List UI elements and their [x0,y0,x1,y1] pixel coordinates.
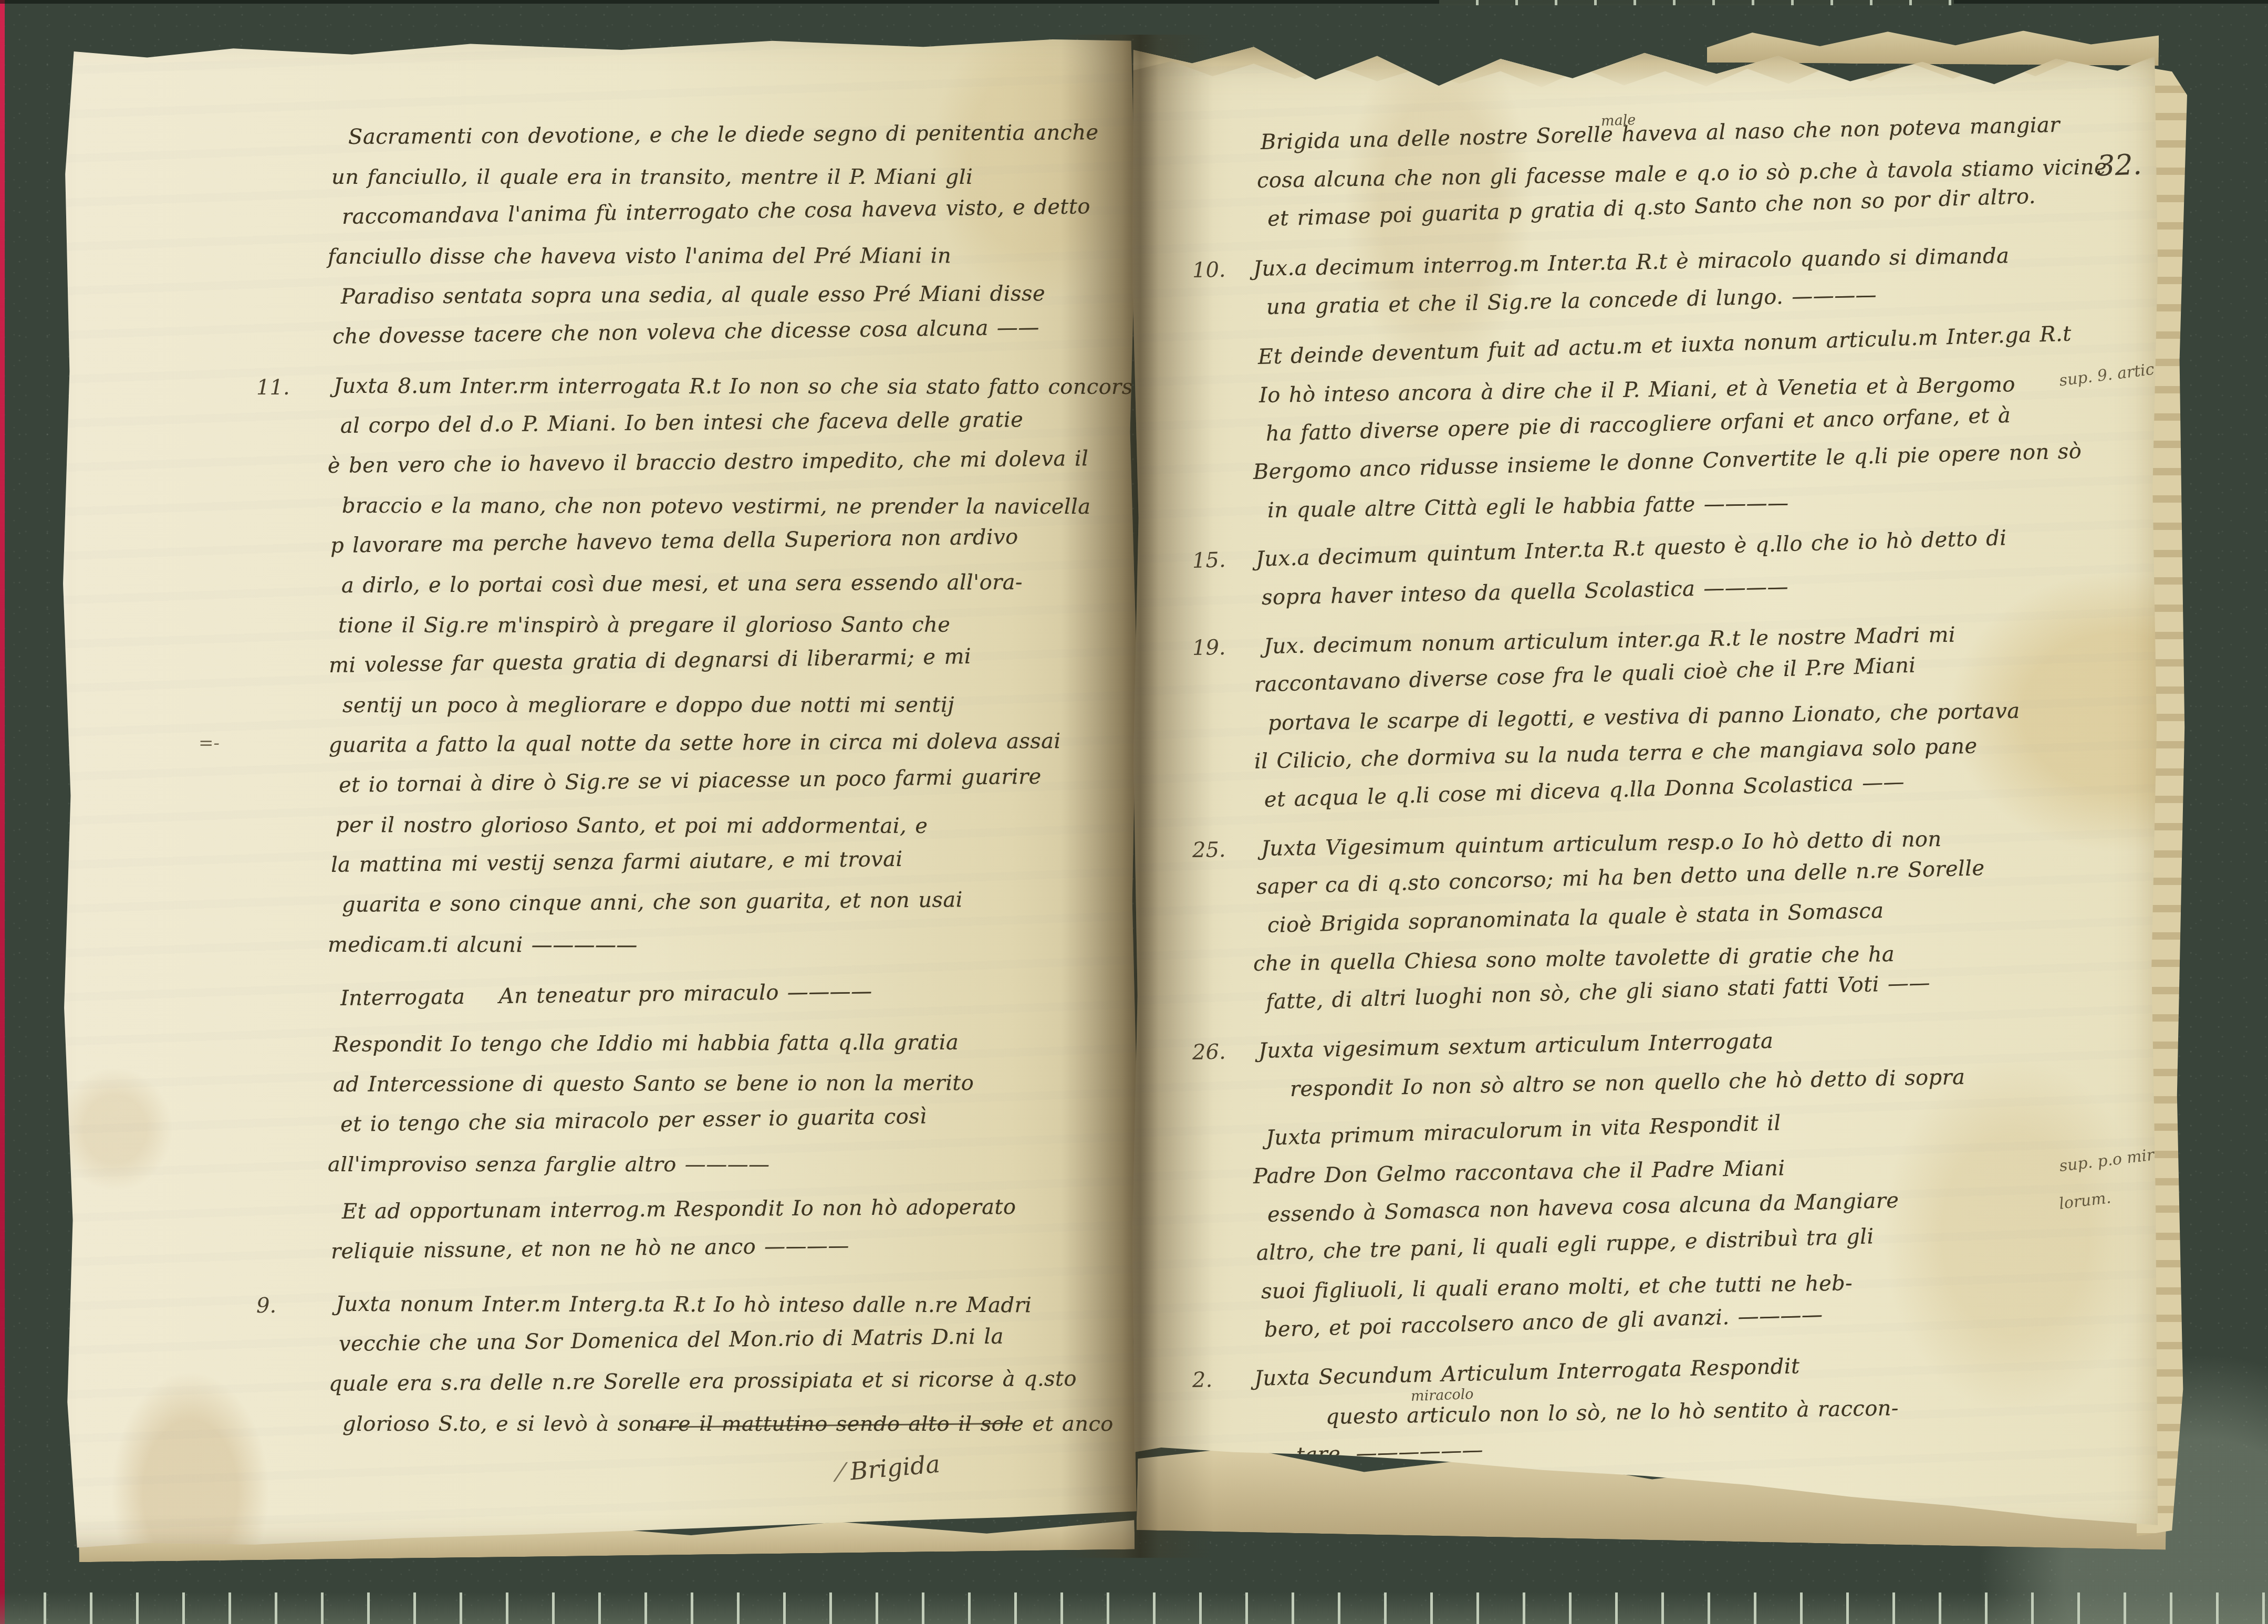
manuscript-line: Juxta nonum Inter.m Interg.ta R.t Io hò … [336,1293,1032,1316]
manuscript-line: raccomandava l'anima fù interrogato che … [341,195,1090,228]
manuscript-line: Respondit Io tengo che Iddio mi habbia f… [333,1032,959,1056]
manuscript-line: sopra haver inteso da quella Scolastica … [1262,576,1789,609]
paragraph-number: 2. [1192,1369,1213,1391]
margin-mark: =- [199,734,220,752]
manuscript-line: al corpo del d.o P. Miani. Io ben intesi… [340,409,1024,437]
manuscript-line: et rimase poi guarita p gratia di q.sto … [1267,185,2036,230]
manuscript-line: Bergomo anco ridusse insieme le donne Co… [1253,440,2082,483]
manuscript-line: glorioso S.to, e si levò à sonare il mat… [342,1413,1114,1435]
manuscript-line: mi volesse far questa gratia di degnarsi… [329,646,972,676]
manuscript-line: a dirlo, e lo portai così due mesi, et u… [341,571,1023,597]
manuscript-line: respondit Io non sò altro se non quello … [1290,1066,1965,1100]
paragraph-number: 19. [1192,637,1226,659]
manuscript-line: fanciullo disse che haveva visto l'anima… [328,245,951,268]
manuscript-line: p lavorare ma perche havevo tema della S… [330,526,1018,557]
manuscript-line: quale era s.ra delle n.re Sorelle era pr… [329,1368,1077,1395]
manuscript-line: altro, che tre pani, li quali egli ruppe… [1256,1225,1874,1264]
manuscript-line: Paradiso sentata sopra una sedia, al qua… [341,283,1045,308]
manuscript-line: ha fatto diverse opere pie di raccoglier… [1265,404,2011,445]
paragraph-number: 25. [1192,839,1226,861]
manuscript-line: Et ad opportunam interrog.m Respondit Io… [342,1196,1016,1223]
manuscript-line: bero, et poi raccolsero anco de gli avan… [1264,1304,1823,1341]
manuscript-line: Jux.a decimum interrog.m Inter.ta R.t è … [1253,245,2010,280]
manuscript-line: la mattina mi vestij senza farmi aiutare… [331,848,903,876]
manuscript-line: Jux. decimum nonum articulum inter.ga R.… [1263,624,1955,658]
manuscript-line: vecchie che una Sor Domenica del Mon.rio… [338,1326,1003,1355]
interlinear-insertion: miracolo [1410,1387,1473,1403]
manuscript-line: Interrogata An teneatur pro miraculo ———… [340,980,872,1009]
manuscript-line: fatte, di altri luoghi non sò, che gli s… [1266,972,1931,1013]
manuscript-line: in quale altre Città egli le habbia fatt… [1267,492,1789,522]
manuscript-line: il Cilicio, che dormiva su la nuda terra… [1254,735,1977,773]
manuscript-line: saper ca di q.sto concorso; mi ha ben de… [1256,857,1985,898]
manuscript-line: ad Intercessione di questo Santo se bene… [333,1072,974,1096]
manuscript-line: cioè Brigida sopranominata la quale è st… [1267,900,1884,936]
manuscript-line: et acqua le q.li cose mi diceva q.lla Do… [1264,771,1905,811]
manuscript-line: Juxta vigesimum sextum articulum Interro… [1258,1030,1774,1062]
manuscript-line: Juxta Vigesimum quintum articulum resp.o… [1261,828,1942,860]
manuscript-line: essendo à Somasca non haveva cosa alcuna… [1267,1190,1899,1226]
manuscript-line: per il nostro glorioso Santo, et poi mi … [336,814,928,837]
manuscript-line: et io tornai à dire ò Sig.re se vi piace… [338,766,1041,796]
manuscript-line: braccio e la mano, che non potevo vestir… [342,495,1091,518]
manuscript-line: Juxta 8.um Inter.rm interrogata R.t Io n… [334,375,1146,398]
manuscript-line: et io tengo che sia miracolo per esser i… [340,1106,927,1136]
manuscript-line: Io hò inteso ancora à dire che il P. Mia… [1259,373,2015,407]
manuscript-line: un fanciullo, il quale era in transito, … [331,166,973,188]
paragraph-number: 26. [1192,1042,1226,1063]
manuscript-line: Padre Don Gelmo raccontava che il Padre … [1253,1157,1785,1188]
manuscript-line: guarita e sono cinque anni, che son guar… [342,889,963,916]
right-page: 32. Brigida una delle nostre Sorelle hav… [1130,41,2159,1533]
manuscript-line: Sacramenti con devotione, e che le diede… [348,121,1099,148]
manuscript-line: suoi figliuoli, li quali erano molti, et… [1261,1272,1853,1303]
manuscript-line: guarita a fatto la qual notte da sette h… [329,730,1061,756]
manuscript-line: Jux.a decimum quintum Inter.ta R.t quest… [1255,527,2007,570]
manuscript-line: Et deinde deventum fuit ad actu.m et iux… [1258,323,2072,368]
ruler-scale-bottom [0,1592,2268,1624]
manuscript-line: Juxta primum miraculorum in vita Respond… [1266,1112,1782,1149]
paragraph-number: 9. [256,1295,276,1316]
margin-annotation: sup. 9. artic.o [2058,359,2170,390]
manuscript-line: portava le scarpe di legotti, e vestiva … [1268,700,2020,734]
paragraph-number: 11. [256,377,290,398]
paragraph-number: 10. [1192,259,1226,281]
manuscript-line: è ben vero che io havevo il braccio dest… [328,447,1089,477]
manuscript-line: raccontavano diverse cose fra le quali c… [1254,654,1917,696]
margin-annotation: lorum. [2058,1189,2112,1213]
manuscript-line: Brigida una delle nostre Sorelle haveva … [1261,114,2061,153]
paragraph-number: 15. [1192,549,1226,571]
ruler-scale-top [1439,0,1954,5]
manuscript-line: una gratia et che il Sig.re la concede d… [1266,284,1877,318]
red-edge-stripe [0,0,5,1624]
manuscript-scan: Sacramenti con devotione, e che le diede… [0,0,2268,1624]
manuscript-line: tione il Sig.re m'inspirò à pregare il g… [338,614,950,637]
witness-signature: Brigida [837,1452,941,1485]
manuscript-line: sentij un poco à megliorare e doppo due … [342,694,954,716]
manuscript-line: che dovesse tacere che non voleva che di… [332,317,1039,348]
interlinear-insertion: male [1601,113,1636,128]
left-page: Sacramenti con devotione, e che le diede… [61,38,1139,1554]
manuscript-line: reliquie nissune, et non ne hò ne anco —… [330,1235,849,1263]
manuscript-line: all'improviso senza farglie altro ———— [328,1153,769,1175]
manuscript-line: medicam.ti alcuni ————— [328,934,638,956]
manuscript-line: che in quella Chiesa sono molte tavolett… [1253,943,1895,975]
manuscript-line: Juxta Secundum Articulum Interrogata Res… [1254,1355,1799,1390]
